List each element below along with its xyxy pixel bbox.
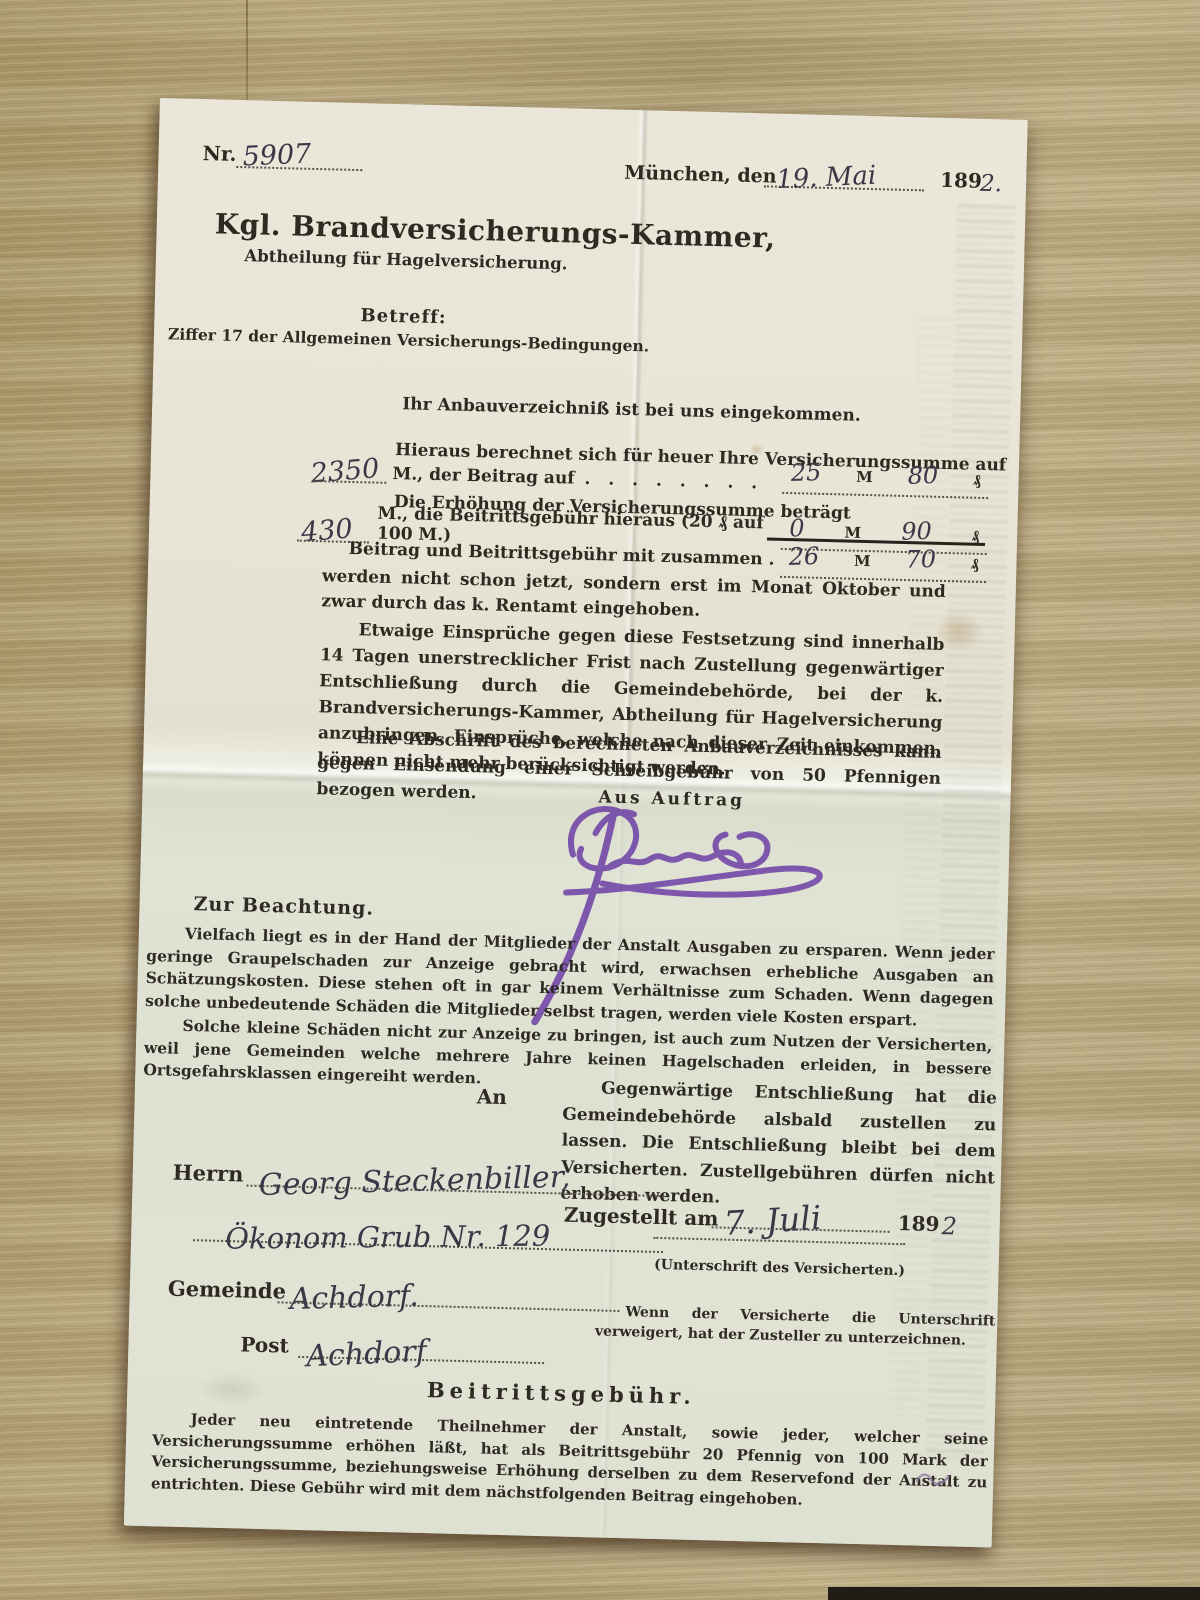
amount3-pfennig-handwritten: 70 bbox=[905, 545, 936, 574]
subject-text: Ziffer 17 der Allgemeinen Versicherungs-… bbox=[168, 324, 650, 355]
amount3-mark-unit: M bbox=[854, 552, 871, 570]
insured-signature-caption: (Unterschrift des Versicherten.) bbox=[646, 1257, 912, 1280]
ink-squiggle-mark bbox=[915, 1470, 951, 1489]
gemeinde-label: Gemeinde bbox=[168, 1276, 287, 1304]
city-date-label: München, den bbox=[624, 162, 777, 188]
dot-leaders: . . . . . . . . bbox=[584, 469, 763, 494]
notice-heading: Zur Beachtung. bbox=[193, 893, 374, 920]
gemeinde-handwritten: Achdorf. bbox=[289, 1279, 419, 1317]
erhoehung-sum-handwritten: 430 bbox=[300, 513, 354, 548]
date-handwritten: 19. Mai bbox=[776, 161, 877, 195]
herrn-label: Herrn bbox=[173, 1160, 244, 1187]
amount3-mark-handwritten: 26 bbox=[788, 542, 819, 571]
post-label: Post bbox=[240, 1332, 289, 1357]
insured-sum-handwritten: 2350 bbox=[309, 453, 380, 489]
document-sheet: Nr. 5907 München, den 19. Mai 189 2. Kgl… bbox=[124, 98, 1028, 1548]
amount1-mark-handwritten: 25 bbox=[790, 458, 821, 487]
an-label: An bbox=[477, 1084, 508, 1109]
amount1-mark-unit: M bbox=[856, 468, 873, 486]
date-line: München, den 19. Mai 189 2. bbox=[624, 150, 1021, 200]
served-year-digit-handwritten: 2 bbox=[941, 1212, 957, 1240]
year-printed: 189 bbox=[940, 168, 982, 193]
letterhead-subtitle: Abtheilung für Hagelversicherung. bbox=[236, 246, 576, 274]
reference-line: Nr. 5907 bbox=[202, 133, 423, 175]
post-handwritten: Achdorf bbox=[306, 1334, 428, 1374]
reference-label: Nr. bbox=[202, 141, 237, 166]
sum-unit-label: M., der Beitrag auf bbox=[392, 464, 575, 489]
footer-paragraph: Jeder neu eintretende Theilnehmer der An… bbox=[151, 1408, 989, 1515]
amount1-pfennig-unit: ₰ bbox=[973, 471, 981, 490]
subject-label: Betreff: bbox=[360, 305, 447, 328]
addressee-occupation-handwritten: Ökonom Grub Nr. 129 bbox=[225, 1219, 550, 1256]
amount3-pfennig-unit: ₰ bbox=[971, 555, 979, 574]
table-edge-shadow bbox=[828, 1587, 1200, 1600]
footer-title: Beitrittsgebühr. bbox=[127, 1370, 995, 1417]
post-row: Post Achdorf bbox=[240, 1316, 545, 1368]
amount1-pfennig-handwritten: 80 bbox=[907, 461, 938, 490]
addressee-name-handwritten: Georg Steckenbiller, bbox=[258, 1160, 570, 1203]
year-digit-handwritten: 2. bbox=[980, 171, 1003, 198]
served-year-printed: 189 bbox=[897, 1211, 939, 1236]
photo-of-document: Nr. 5907 München, den 19. Mai 189 2. Kgl… bbox=[0, 0, 1200, 1600]
gemeinde-row: Gemeinde Achdorf. bbox=[167, 1259, 620, 1316]
amount-beitrag: 25 M 80 ₰ bbox=[782, 458, 989, 499]
served-date-handwritten: 7. Juli bbox=[723, 1198, 823, 1243]
